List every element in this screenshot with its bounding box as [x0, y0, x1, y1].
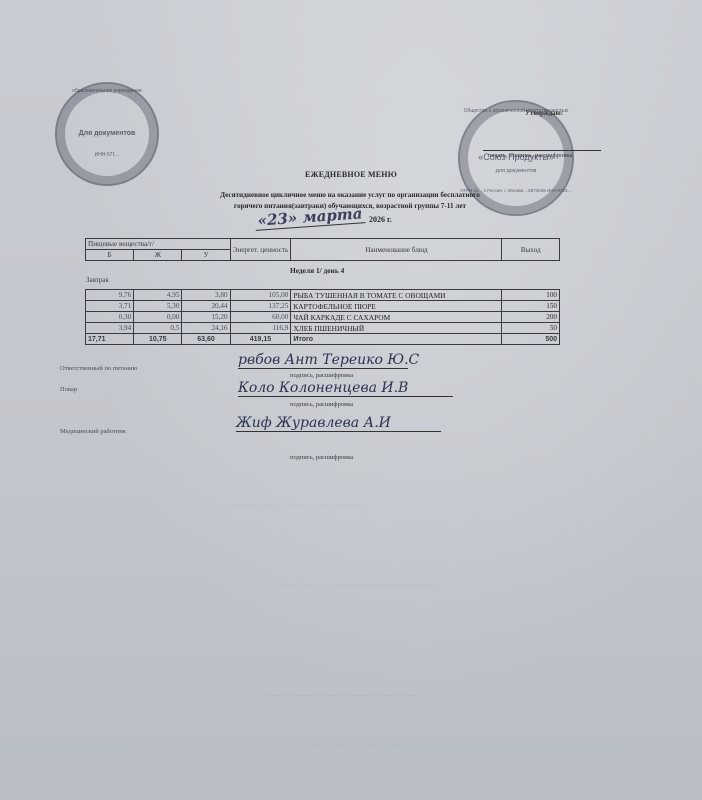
spacer-row	[86, 261, 560, 290]
cell-dish: ХЛЕБ ПШЕНИЧНЫЙ	[291, 323, 502, 334]
total-fat: 10,75	[134, 334, 182, 345]
meal-label: Завтрак	[86, 276, 109, 284]
bleed-through-text: — — — — — — — — — — —	[290, 740, 412, 750]
bleed-through-text: — — — — — — — — — — — — — —	[280, 580, 435, 590]
total-protein: 17,71	[86, 334, 134, 345]
total-label: Итого	[291, 334, 502, 345]
bleed-through-text: — — — — — — — — — — — —	[230, 500, 363, 510]
stamp-center-text: Для документов	[57, 130, 157, 137]
header-fat: Ж	[134, 250, 182, 261]
table-row: 0,30 0,00 15,20 60,00 ЧАЙ КАРКАДЕ С САХА…	[86, 312, 560, 323]
cell-output: 50	[502, 323, 560, 334]
header-output: Выход	[502, 239, 560, 261]
approval-caption: печать, подпись, расшифровка	[488, 152, 572, 159]
cell-fat: 5,30	[134, 301, 182, 312]
signature-handwritten: Жиф Журавлева А.И	[236, 415, 441, 432]
bleed-through-text: — — — — — — — — — — — — — —	[260, 690, 415, 700]
signature-role: Повар	[60, 386, 77, 393]
table-row: 9,76 4,95 3,80 105,00 РЫБА ТУШЕННАЯ В ТО…	[86, 290, 560, 301]
cell-energy: 60,00	[230, 312, 291, 323]
document-date: «23» марта2026 г.	[255, 208, 392, 227]
cell-carbs: 15,20	[182, 312, 230, 323]
week-day-label: Неделя 1/ день 4	[290, 266, 344, 275]
cell-fat: 0,00	[134, 312, 182, 323]
signature-caption: подпись, расшифровка	[290, 401, 353, 408]
header-nutrients: Пищевые вещества/г/	[86, 239, 231, 250]
cell-protein: 3,71	[86, 301, 134, 312]
subtitle-line-1: Десятидневное цикличное меню на оказание…	[150, 190, 550, 201]
date-year: 2026 г.	[369, 215, 392, 224]
total-output: 500	[502, 334, 560, 345]
signature-role: Медицинский работник	[60, 428, 126, 435]
signature-handwritten: рвбов Ант Тереико Ю.С	[238, 352, 408, 369]
cell-dish: РЫБА ТУШЕННАЯ В ТОМАТЕ С ОВОЩАМИ	[291, 290, 502, 301]
cell-fat: 0,5	[134, 323, 182, 334]
stamp-inn-text: ИНН 671...	[57, 152, 157, 158]
table-row: 3,71 5,30 20,44 137,25 КАРТОФЕЛЬНОЕ ПЮРЕ…	[86, 301, 560, 312]
date-handwritten: «23» марта	[254, 204, 365, 231]
approval-label: Утверждаю:	[525, 110, 563, 117]
header-protein: Б	[86, 250, 134, 261]
cell-protein: 3,94	[86, 323, 134, 334]
approval-signature-line	[483, 150, 601, 151]
table-row: 3,94 0,5 24,16 116,9 ХЛЕБ ПШЕНИЧНЫЙ 50	[86, 323, 560, 334]
cell-energy: 137,25	[230, 301, 291, 312]
cell-carbs: 3,80	[182, 290, 230, 301]
signature-handwritten: Коло Колоненцева И.В	[238, 380, 453, 397]
cell-carbs: 20,44	[182, 301, 230, 312]
cell-energy: 116,9	[230, 323, 291, 334]
cell-dish: КАРТОФЕЛЬНОЕ ПЮРЕ	[291, 301, 502, 312]
signature-caption: подпись, расшифровка	[290, 372, 353, 379]
signature-role: Ответственный по питанию	[60, 365, 137, 372]
total-energy: 419,15	[230, 334, 291, 345]
cell-output: 200	[502, 312, 560, 323]
header-energy: Энергет. ценность	[230, 239, 291, 261]
cell-output: 100	[502, 290, 560, 301]
cell-carbs: 24,16	[182, 323, 230, 334]
stamp-ring-text: образовательное учреждение	[57, 88, 157, 94]
header-dish-name: Наименование блюд	[291, 239, 502, 261]
total-carbs: 63,60	[182, 334, 230, 345]
cell-energy: 105,00	[230, 290, 291, 301]
menu-table: Пищевые вещества/г/ Энергет. ценность На…	[85, 238, 560, 345]
cell-dish: ЧАЙ КАРКАДЕ С САХАРОМ	[291, 312, 502, 323]
scanned-page: — — — — — — — — — — — — — — — — — — — — …	[0, 0, 702, 800]
cell-fat: 4,95	[134, 290, 182, 301]
header-carbs: У	[182, 250, 230, 261]
signature-caption: подпись, расшифровка	[290, 454, 353, 461]
table-total-row: 17,71 10,75 63,60 419,15 Итого 500	[86, 334, 560, 345]
cell-protein: 9,76	[86, 290, 134, 301]
cell-protein: 0,30	[86, 312, 134, 323]
cell-output: 150	[502, 301, 560, 312]
document-title: ЕЖЕДНЕВНОЕ МЕНЮ	[0, 170, 702, 179]
table-header-row: Пищевые вещества/г/ Энергет. ценность На…	[86, 239, 560, 250]
